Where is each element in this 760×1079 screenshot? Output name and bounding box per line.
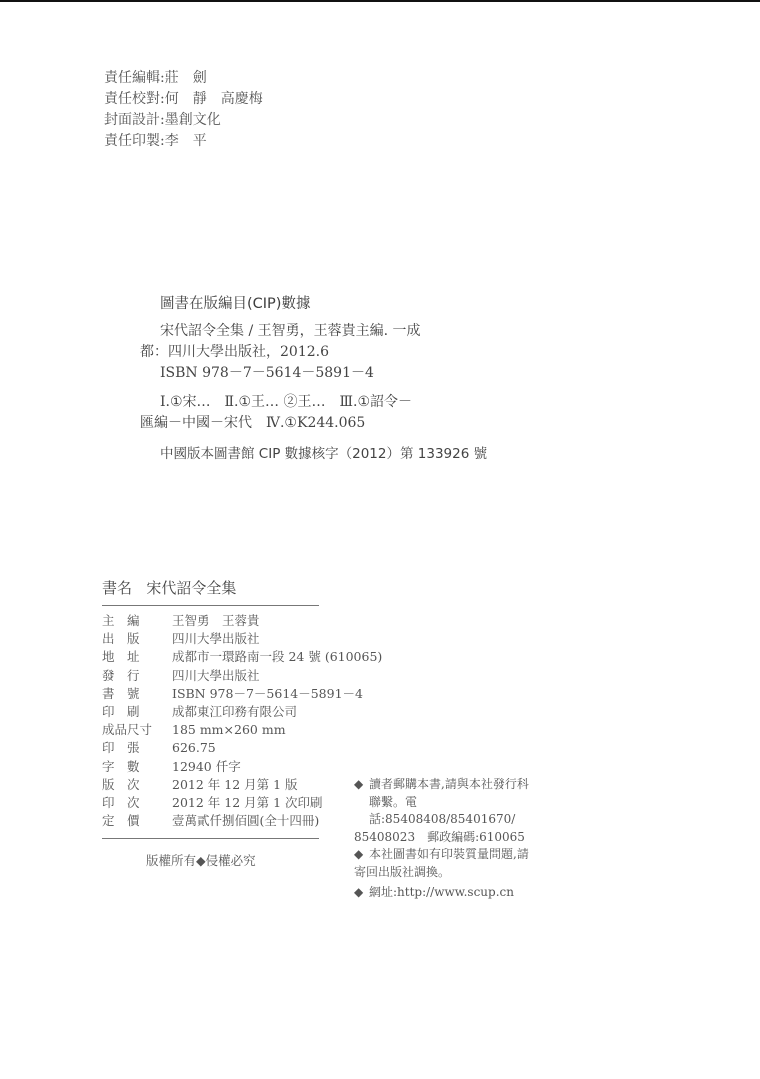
spec-value: 626.75 <box>172 739 216 757</box>
spec-label: 印 張 <box>102 739 172 757</box>
spec-label: 定 價 <box>102 812 172 830</box>
spec-row: 定 價壹萬貳仟捌佰圓(全十四冊) <box>102 812 382 830</box>
spec-value: 四川大學出版社 <box>172 667 260 685</box>
credit-value: 李 平 <box>165 133 207 149</box>
credit-row: 責任編輯:莊 劍 <box>104 68 263 89</box>
spec-label: 成品尺寸 <box>102 721 172 739</box>
diamond-icon: ◆ <box>354 776 363 794</box>
spec-row: 印 張626.75 <box>102 739 382 757</box>
diamond-icon: ◆ <box>354 846 363 864</box>
spec-value: 壹萬貳仟捌佰圓(全十四冊) <box>172 812 319 830</box>
diamond-icon: ◆ <box>354 884 363 902</box>
spec-value: 12940 仟字 <box>172 758 241 776</box>
note-line: 本社圖書如有印裝質量問題,請 <box>369 846 554 864</box>
note-line: 寄回出版社調換。 <box>354 864 554 882</box>
spec-row: 發 行四川大學出版社 <box>102 667 382 685</box>
credit-label: 責任校對 <box>104 91 160 107</box>
spec-label: 地 址 <box>102 648 172 666</box>
spec-value: 王智勇 王蓉貴 <box>172 612 260 630</box>
cip-classification: 匯編－中國－宋代 Ⅳ.①K244.065 <box>140 413 540 434</box>
book-title: 書名 宋代詔令全集 <box>102 577 236 598</box>
credit-value: 莊 劍 <box>165 70 207 86</box>
spec-label: 書 號 <box>102 685 172 703</box>
spec-row: 版 次2012 年 12 月第 1 版 <box>102 776 382 794</box>
note-line: 讀者郵購本書,請與本社發行科 <box>369 776 554 794</box>
spec-label: 字 數 <box>102 758 172 776</box>
spec-value: ISBN 978－7－5614－5891－4 <box>172 685 363 703</box>
spec-value: 成都東江印務有限公司 <box>172 703 297 721</box>
cip-footer: 中國版本圖書館 CIP 數據核字（2012）第 133926 號 <box>140 442 540 462</box>
website-link: 網址:http://www.scup.cn <box>369 884 554 902</box>
spec-row: 書 號ISBN 978－7－5614－5891－4 <box>102 685 382 703</box>
spec-label: 版 次 <box>102 776 172 794</box>
publication-specs: 主 編王智勇 王蓉貴 出 版四川大學出版社 地 址成都市一環路南一段 24 號 … <box>102 612 382 830</box>
spec-row: 成品尺寸185 mm×260 mm <box>102 721 382 739</box>
spec-row: 字 數12940 仟字 <box>102 758 382 776</box>
spec-label: 印 刷 <box>102 703 172 721</box>
credit-row: 責任印製:李 平 <box>104 131 263 152</box>
book-title-value: 宋代詔令全集 <box>146 579 236 597</box>
cip-block: 圖書在版編目(CIP)數據 宋代詔令全集 / 王智勇，王蓉貴主編. 一成 都：四… <box>140 292 540 462</box>
credit-value: 何 靜 高慶梅 <box>165 91 263 107</box>
cip-classification: Ⅰ.①宋… Ⅱ.①王… ②王… Ⅲ.①詔令－ <box>140 392 540 413</box>
note-mail-order: ◆ 讀者郵購本書,請與本社發行科 聯繫。電 話:85408408/8540167… <box>354 776 554 846</box>
spec-row: 地 址成都市一環路南一段 24 號 (610065) <box>102 648 382 666</box>
spec-label: 發 行 <box>102 667 172 685</box>
book-title-label: 書名 <box>102 579 132 597</box>
spec-value: 2012 年 12 月第 1 版 <box>172 776 298 794</box>
copyright-notice: 版權所有◆侵權必究 <box>146 851 256 869</box>
spec-label: 印 次 <box>102 794 172 812</box>
spec-row: 印 次2012 年 12 月第 1 次印刷 <box>102 794 382 812</box>
spec-row: 主 編王智勇 王蓉貴 <box>102 612 382 630</box>
note-line: 聯繫。電 話:85408408/85401670/ <box>369 794 554 829</box>
note-defects: ◆ 本社圖書如有印裝質量問題,請 寄回出版社調換。 <box>354 846 554 881</box>
spec-value: 185 mm×260 mm <box>172 721 286 739</box>
cip-line: 宋代詔令全集 / 王智勇，王蓉貴主編. 一成 <box>140 321 540 342</box>
divider-top <box>102 605 319 606</box>
spec-row: 出 版四川大學出版社 <box>102 630 382 648</box>
top-border <box>0 0 760 2</box>
spec-row: 印 刷成都東江印務有限公司 <box>102 703 382 721</box>
credit-label: 責任印製 <box>104 133 160 149</box>
cip-title: 圖書在版編目(CIP)數據 <box>160 292 540 313</box>
credit-value: 墨創文化 <box>165 112 221 128</box>
divider-bottom <box>102 838 319 839</box>
credit-row: 責任校對:何 靜 高慶梅 <box>104 89 263 110</box>
note-website: ◆ 網址:http://www.scup.cn <box>354 884 554 902</box>
credit-label: 責任編輯 <box>104 70 160 86</box>
reader-notes: ◆ 讀者郵購本書,請與本社發行科 聯繫。電 話:85408408/8540167… <box>354 776 554 902</box>
spec-value: 成都市一環路南一段 24 號 (610065) <box>172 648 382 666</box>
credit-row: 封面設計:墨創文化 <box>104 110 263 131</box>
note-line: 85408023 郵政編碼:610065 <box>354 829 554 847</box>
spec-value: 2012 年 12 月第 1 次印刷 <box>172 794 323 812</box>
cip-isbn: ISBN 978－7－5614－5891－4 <box>140 363 540 384</box>
credit-label: 封面設計 <box>104 112 160 128</box>
cip-line: 都：四川大學出版社，2012.6 <box>140 342 540 363</box>
spec-label: 出 版 <box>102 630 172 648</box>
editorial-credits: 責任編輯:莊 劍 責任校對:何 靜 高慶梅 封面設計:墨創文化 責任印製:李 平 <box>104 68 263 152</box>
spec-label: 主 編 <box>102 612 172 630</box>
spec-value: 四川大學出版社 <box>172 630 260 648</box>
